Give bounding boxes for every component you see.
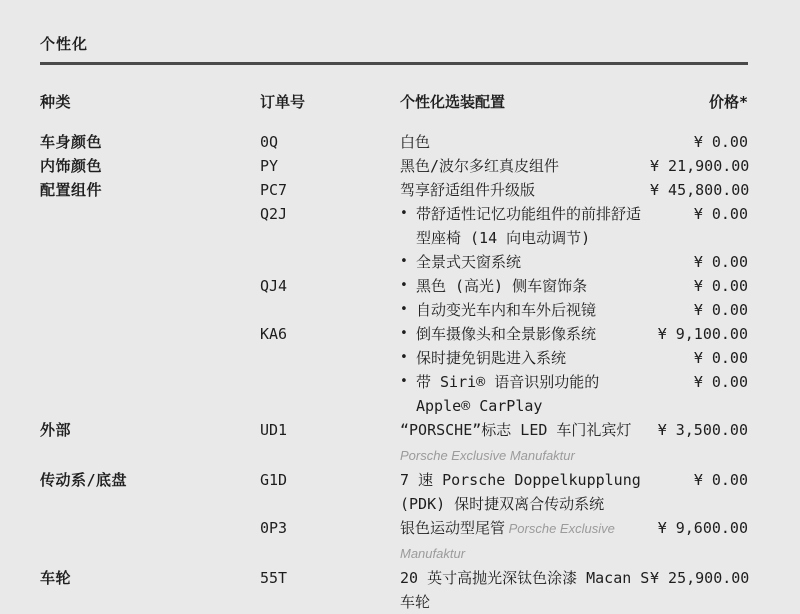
bullet-icon: • <box>400 370 416 418</box>
config-text: 倒车摄像头和全景影像系统 <box>416 322 650 346</box>
cell-code: 0Q <box>260 130 400 154</box>
cell-config: 驾享舒适组件升级版 <box>400 178 650 202</box>
bullet-icon: • <box>400 202 416 250</box>
cell-price: ¥ 0.00 <box>650 250 748 274</box>
cell-config: 20 英寸高抛光深钛色涂漆 Macan S 车轮 <box>400 566 650 600</box>
col-header-price: 价格* <box>650 90 748 114</box>
cell-code: 55T <box>260 566 400 590</box>
cell-price: ¥ 25,900.00 <box>650 566 749 590</box>
table-row: • 带 Siri® 语音识别功能的 Apple® CarPlay ¥ 0.00 <box>40 370 748 418</box>
cell-category: 外部 <box>40 418 260 442</box>
cell-code: QJ4 <box>260 274 400 298</box>
config-text: 自动变光车内和车外后视镜 <box>416 298 650 322</box>
config-text: 7 速 Porsche Doppelkupplung (PDK) 保时捷双离合传… <box>400 468 650 516</box>
table-body: 车身颜色 0Q 白色 ¥ 0.00 内饰颜色 PY 黑色/波尔多红真皮组件 ¥ … <box>40 130 748 600</box>
brand-note: Porsche Exclusive Manufaktur <box>400 448 575 463</box>
cell-price: ¥ 0.00 <box>650 468 748 492</box>
table-row: QJ4 • 黑色 (高光) 侧车窗饰条 ¥ 0.00 <box>40 274 748 298</box>
col-header-category: 种类 <box>40 90 260 114</box>
cell-config: • 带 Siri® 语音识别功能的 Apple® CarPlay <box>400 370 650 418</box>
cell-price: ¥ 0.00 <box>650 298 748 322</box>
col-header-config: 个性化选装配置 <box>400 90 650 114</box>
table-row: • 自动变光车内和车外后视镜 ¥ 0.00 <box>40 298 748 322</box>
cell-price: ¥ 9,600.00 <box>650 516 748 540</box>
cell-price: ¥ 45,800.00 <box>650 178 749 202</box>
cell-category: 车身颜色 <box>40 130 260 154</box>
table-row: KA6 • 倒车摄像头和全景影像系统 ¥ 9,100.00 <box>40 322 748 346</box>
cell-config: • 全景式天窗系统 <box>400 250 650 274</box>
config-text: 驾享舒适组件升级版 <box>400 178 650 202</box>
cell-price: ¥ 0.00 <box>650 370 748 394</box>
table-row: Q2J • 带舒适性记忆功能组件的前排舒适型座椅 (14 向电动调节) ¥ 0.… <box>40 202 748 250</box>
cell-code: Q2J <box>260 202 400 226</box>
cell-config: “PORSCHE”标志 LED 车门礼宾灯 Porsche Exclusive … <box>400 418 650 468</box>
cell-code: KA6 <box>260 322 400 346</box>
cell-category: 内饰颜色 <box>40 154 260 178</box>
col-header-code: 订单号 <box>260 90 400 114</box>
config-text: 带 Siri® 语音识别功能的 Apple® CarPlay <box>416 370 650 418</box>
config-text: 保时捷免钥匙进入系统 <box>416 346 650 370</box>
config-text: 白色 <box>400 130 650 154</box>
cell-config: • 黑色 (高光) 侧车窗饰条 <box>400 274 650 298</box>
cell-config: 银色运动型尾管 Porsche Exclusive Manufaktur <box>400 516 650 566</box>
cell-category: 传动系/底盘 <box>40 468 260 492</box>
order-sheet: 个性化 种类 订单号 个性化选装配置 价格* 车身颜色 0Q 白色 ¥ 0.00… <box>40 34 748 600</box>
section-title: 个性化 <box>40 34 748 54</box>
bullet-icon: • <box>400 250 416 274</box>
cell-price: ¥ 0.00 <box>650 130 748 154</box>
table-row: • 全景式天窗系统 ¥ 0.00 <box>40 250 748 274</box>
table-header: 种类 订单号 个性化选装配置 价格* <box>40 90 748 114</box>
cell-category: 车轮 <box>40 566 260 590</box>
table-row: 外部 UD1 “PORSCHE”标志 LED 车门礼宾灯 Porsche Exc… <box>40 418 748 468</box>
table-row: 0P3 银色运动型尾管 Porsche Exclusive Manufaktur… <box>40 516 748 566</box>
cell-category: 配置组件 <box>40 178 260 202</box>
cell-price: ¥ 0.00 <box>650 274 748 298</box>
table-row: 传动系/底盘 G1D 7 速 Porsche Doppelkupplung (P… <box>40 468 748 516</box>
bullet-icon: • <box>400 298 416 322</box>
cell-price: ¥ 0.00 <box>650 346 748 370</box>
bullet-icon: • <box>400 322 416 346</box>
table-row: 内饰颜色 PY 黑色/波尔多红真皮组件 ¥ 21,900.00 <box>40 154 748 178</box>
cell-config: 黑色/波尔多红真皮组件 <box>400 154 650 178</box>
cell-config: • 自动变光车内和车外后视镜 <box>400 298 650 322</box>
cell-config: • 带舒适性记忆功能组件的前排舒适型座椅 (14 向电动调节) <box>400 202 650 250</box>
cell-code: PC7 <box>260 178 400 202</box>
cell-config: • 保时捷免钥匙进入系统 <box>400 346 650 370</box>
cell-price: ¥ 3,500.00 <box>650 418 748 442</box>
cell-code: 0P3 <box>260 516 400 540</box>
table-row: 配置组件 PC7 驾享舒适组件升级版 ¥ 45,800.00 <box>40 178 748 202</box>
config-text: 带舒适性记忆功能组件的前排舒适型座椅 (14 向电动调节) <box>416 202 650 250</box>
bullet-icon: • <box>400 274 416 298</box>
cell-code: G1D <box>260 468 400 492</box>
bullet-icon: • <box>400 346 416 370</box>
config-text: 20 英寸高抛光深钛色涂漆 Macan S 车轮 <box>400 566 650 600</box>
config-text: 银色运动型尾管 Porsche Exclusive Manufaktur <box>400 516 650 566</box>
cell-code: UD1 <box>260 418 400 442</box>
config-text: “PORSCHE”标志 LED 车门礼宾灯 Porsche Exclusive … <box>400 418 650 468</box>
table-row: 车身颜色 0Q 白色 ¥ 0.00 <box>40 130 748 154</box>
cell-code: PY <box>260 154 400 178</box>
cell-price: ¥ 9,100.00 <box>650 322 748 346</box>
table-row: • 保时捷免钥匙进入系统 ¥ 0.00 <box>40 346 748 370</box>
cell-config: 7 速 Porsche Doppelkupplung (PDK) 保时捷双离合传… <box>400 468 650 516</box>
config-text: 黑色 (高光) 侧车窗饰条 <box>416 274 650 298</box>
divider <box>40 62 748 65</box>
cell-price: ¥ 0.00 <box>650 202 748 226</box>
cell-config: • 倒车摄像头和全景影像系统 <box>400 322 650 346</box>
config-text: 全景式天窗系统 <box>416 250 650 274</box>
table-row: 车轮 55T 20 英寸高抛光深钛色涂漆 Macan S 车轮 ¥ 25,900… <box>40 566 748 600</box>
cell-price: ¥ 21,900.00 <box>650 154 749 178</box>
config-text: 黑色/波尔多红真皮组件 <box>400 154 650 178</box>
cell-config: 白色 <box>400 130 650 154</box>
